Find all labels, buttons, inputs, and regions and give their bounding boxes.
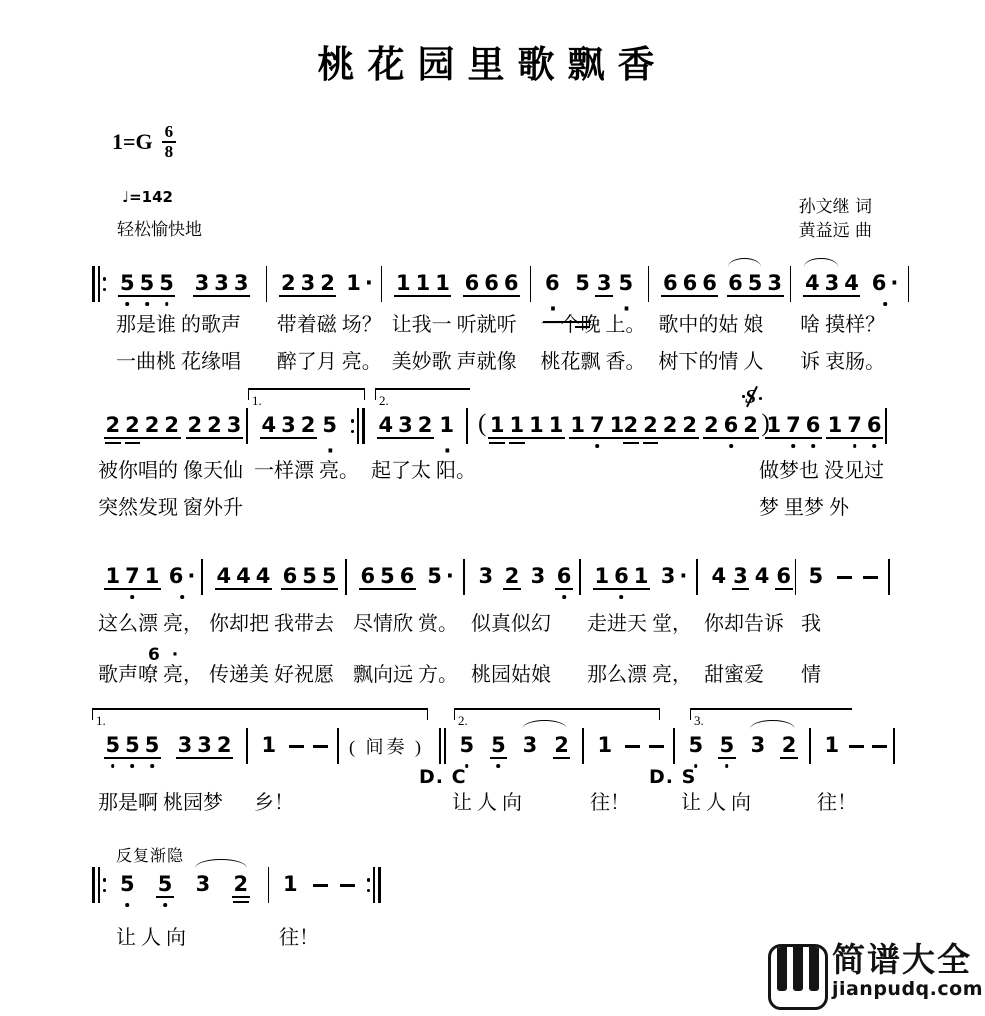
note-6: 6 <box>280 563 300 589</box>
alternate-note: 6 · <box>148 645 181 665</box>
note-group: 5· <box>424 563 458 589</box>
note-6: 6· <box>869 270 901 296</box>
lyric: 让 人 向 <box>446 790 584 817</box>
lyric: 歌中的姑 娘 <box>652 312 794 339</box>
note-6: 6 <box>501 270 521 296</box>
note-1: 1 <box>822 732 842 758</box>
note-5: 5 <box>123 732 143 758</box>
note-6: 6 <box>660 270 680 296</box>
volta-bracket: 1. <box>92 708 428 720</box>
slur-arc <box>195 859 246 868</box>
repeat-start-barline <box>92 266 106 302</box>
dot-after: · <box>549 296 557 322</box>
notes-row: 22222234325·4321·(11111712222262)176176 <box>92 412 912 442</box>
beamed-note-group: 444 <box>213 563 274 589</box>
note-2: 2 <box>621 412 641 438</box>
beamed-note-group: 655 <box>279 563 340 589</box>
low-octave-dot <box>165 302 169 306</box>
note-2: 2 <box>103 412 123 438</box>
note-1: 1 <box>764 412 784 438</box>
note-group <box>848 732 865 748</box>
note-group <box>862 563 879 579</box>
lyric: 诉 衷肠。 <box>794 349 912 376</box>
slur-arc <box>750 720 795 729</box>
note-group: 6· <box>165 563 199 589</box>
note-2: 2 <box>123 412 143 438</box>
measure: 444655 <box>203 563 347 593</box>
repeat-end-barline <box>367 867 381 903</box>
lyric-row-verse-2: 一曲桃 花缘唱醉了月 亮。美妙歌 声就像桃花飘 香。树下的情 人诉 衷肠。 <box>92 349 912 376</box>
volta-number: 3. <box>694 714 704 727</box>
thick-bar <box>92 867 95 903</box>
note-1: 1 <box>487 412 507 438</box>
note-6: 6 <box>726 270 746 296</box>
thin-bar <box>357 408 359 444</box>
lyric: 那么漂 亮， <box>581 662 698 689</box>
repeat-dots <box>351 419 354 433</box>
note-6: 6 <box>864 412 884 438</box>
note-3: 3 <box>195 732 215 758</box>
measure: 666653 <box>649 270 791 300</box>
lyric: 歌声嘹 亮， <box>92 662 203 689</box>
note-6: 6 <box>803 412 823 438</box>
note-2: 2 <box>318 270 338 296</box>
beamed-note-group: 3 <box>593 270 615 296</box>
lyric <box>610 458 753 485</box>
barline <box>908 266 910 302</box>
time-signature-numerator: 6 <box>162 124 177 143</box>
note-5: 5 <box>103 732 123 758</box>
dot-after: · <box>187 563 195 589</box>
notes-row: 55321 <box>92 871 912 903</box>
note-6: 6 <box>612 563 632 589</box>
low-octave-dot <box>620 595 624 599</box>
lyric: 突然发现 窗外升 <box>92 495 248 522</box>
volta-bracket: 2. <box>454 708 660 720</box>
note-1: 1 <box>631 563 651 589</box>
note-3: 3 <box>594 270 614 296</box>
note-group: 5· <box>319 412 351 464</box>
lyric-row-verse-1: 那是啊 桃园梦乡！让 人 向往！让 人 向往！ <box>92 790 912 817</box>
note-1: 1 <box>393 270 413 296</box>
note-3: 3 <box>748 732 768 758</box>
note-2: 2 <box>214 732 234 758</box>
note-5: 5· <box>320 412 350 464</box>
note-2: 2 <box>298 412 318 438</box>
volta-number: 2. <box>379 394 389 407</box>
note-3: 3 <box>224 412 244 438</box>
bar <box>439 728 441 764</box>
note-1: 1· <box>437 412 466 464</box>
note-group <box>288 732 305 748</box>
logo-text: 简谱大全 jianpudq.com <box>832 941 983 1000</box>
beamed-note-group: 2222 <box>102 412 183 438</box>
duration-dash <box>837 576 852 579</box>
note-3: 3 <box>279 412 299 438</box>
low-octave-dot <box>150 764 154 768</box>
lyric-row-verse-2: 歌声嘹 亮，传递美 好祝愿飘向远 方。桃园姑娘那么漂 亮，甜蜜爱情 <box>92 662 912 689</box>
volta-number: 1. <box>252 394 262 407</box>
slur-arc <box>728 258 761 267</box>
lyric: 传递美 好祝愿 <box>203 662 347 689</box>
note-group <box>648 732 665 748</box>
lyric: 似真似幻 <box>465 611 581 638</box>
thick-bar <box>378 867 381 903</box>
beamed-note-group: 161 <box>591 563 652 589</box>
beamed-note-group: 176 <box>763 412 824 438</box>
piano-keys-icon <box>768 944 828 1010</box>
segno-mark: S <box>742 386 762 410</box>
lyric <box>365 495 468 522</box>
note-5: 5 <box>300 563 320 589</box>
note-group <box>339 871 356 887</box>
low-octave-dot <box>883 302 887 306</box>
beamed-note-group: 434 <box>801 270 862 296</box>
note-4: 4 <box>709 563 729 589</box>
measure: 1 <box>584 732 675 762</box>
note-group: 5 <box>685 732 707 758</box>
note-group <box>836 563 853 579</box>
low-octave-dot <box>163 903 167 907</box>
low-octave-dot <box>595 444 599 448</box>
note-5: 5 <box>573 270 593 322</box>
note-group: 3 <box>747 732 769 758</box>
note-2: 2 <box>162 412 182 438</box>
note-group: 1 <box>279 871 301 897</box>
volta-bracket: 1. <box>248 388 365 400</box>
lyric-row-verse-1: 那是谁 的歌声带着磁 场？让我一 听就听一个晚 上。歌中的姑 娘啥 摸样？ <box>92 312 912 339</box>
beamed-note-group: 2 <box>501 563 523 589</box>
navigation-marking: D. C <box>419 766 467 788</box>
low-octave-dot <box>180 595 184 599</box>
note-6: 6 <box>680 270 700 296</box>
slur-arc <box>522 720 567 729</box>
slur-arc <box>804 258 837 267</box>
beamed-note-group: 3 <box>730 563 752 589</box>
lyric: 被你唱的 像天仙 <box>92 458 248 485</box>
note-group: 3 <box>192 871 214 897</box>
beamed-note-group: 223 <box>184 412 245 438</box>
note-5: 5 <box>457 732 477 758</box>
note-group: 5 <box>456 732 478 758</box>
beamed-note-group: 232 <box>277 270 338 296</box>
beamed-note-group: 555 <box>116 270 177 296</box>
low-octave-dot <box>562 595 566 599</box>
measure: 5532 <box>675 732 811 762</box>
note-7: 7 <box>587 412 607 438</box>
note-6: 6 <box>358 563 378 589</box>
beamed-note-group: 2 <box>778 732 800 758</box>
lyric: 你却告诉 <box>698 611 795 638</box>
measure: 2222223 <box>92 412 248 442</box>
beamed-note-group: 111 <box>392 270 453 296</box>
lyric: 那是啊 桃园梦 <box>92 790 248 817</box>
thin-bar <box>98 867 100 903</box>
note-group: 3 <box>527 563 549 589</box>
interlude-text: ( 间奏 ) <box>349 734 424 760</box>
low-octave-dot <box>131 764 135 768</box>
music-system-2: 1.2.S22222234325·4321·(11111712222262)17… <box>92 386 912 522</box>
beamed-note-group: 6 <box>773 563 795 589</box>
note-3: 3 <box>476 563 496 589</box>
lyric: 你却把 我带去 <box>203 611 347 638</box>
lyric: 往！ <box>584 790 675 817</box>
measure: 6565· <box>347 563 465 593</box>
measure: 3236 <box>465 563 581 593</box>
spacer <box>92 312 110 339</box>
notes-row: 1716·4446556565·32361613·43465 <box>92 563 912 593</box>
note-1: 1 <box>595 732 615 758</box>
music-system-3: 1716·4446556565·32361613·43465这么漂 亮，你却把 … <box>92 563 912 689</box>
note-7: 7 <box>784 412 804 438</box>
note-3: 3 <box>520 732 540 758</box>
barline <box>888 559 890 595</box>
lyric: 树下的情 人 <box>652 349 794 376</box>
thin-bar <box>373 867 375 903</box>
beamed-note-group: 2 <box>551 732 573 758</box>
beamed-note-group: 555 <box>102 732 163 758</box>
repeat-end-barline <box>351 408 365 444</box>
beamed-note-group: 5 <box>154 871 176 897</box>
note-group: 5 <box>116 871 138 897</box>
note-3: 3 <box>212 270 232 296</box>
note-group <box>312 871 329 887</box>
note-6: 6 <box>462 270 482 296</box>
lyric: 往！ <box>273 925 385 952</box>
lyric: 让我一 听就听 <box>386 312 535 339</box>
low-octave-dot <box>872 444 876 448</box>
repeat-dot <box>351 419 354 422</box>
beamed-note-group: 2222 <box>620 412 701 438</box>
lyric: 我 <box>795 611 890 638</box>
lyric-row-verse-2: 突然发现 窗外升梦 里梦 外 <box>92 495 912 522</box>
duration-dash <box>625 745 640 748</box>
measure: 5532 <box>446 732 584 762</box>
spacer <box>92 349 110 376</box>
measure: 2222262) <box>610 412 753 442</box>
segno-glyph: S <box>742 386 756 408</box>
measure: 1 <box>269 871 381 901</box>
navigation-marking: D. S <box>649 766 696 788</box>
lyric <box>339 790 446 817</box>
lyric: 桃花飘 香。 <box>534 349 652 376</box>
note-3: 3 <box>765 270 785 296</box>
note-group: 1 <box>594 732 616 758</box>
dot-after: · <box>890 270 898 296</box>
note-group <box>624 732 641 748</box>
beamed-note-group: 666 <box>659 270 720 296</box>
note-5: 5 <box>157 270 177 296</box>
note-6: 6 <box>774 563 794 589</box>
note-3: 3 <box>528 563 548 589</box>
duration-dash <box>289 745 304 748</box>
low-octave-dot <box>125 302 129 306</box>
beamed-note-group: 666 <box>461 270 522 296</box>
lyric: 这么漂 亮， <box>92 611 203 638</box>
dot-after: · <box>326 438 334 464</box>
notes-row: 5553332321·1116666·535·6666534346· <box>92 270 912 302</box>
note-1: 1 <box>413 270 433 296</box>
note-5: 5 <box>117 270 137 296</box>
note-5: 5 <box>142 732 162 758</box>
lyric: 那是谁 的歌声 <box>110 312 271 339</box>
note-1: 1 <box>825 412 845 438</box>
note-2: 2 <box>779 732 799 758</box>
note-6: 6 <box>554 563 574 589</box>
duration-dash <box>649 745 664 748</box>
note-1: 1 <box>142 563 162 589</box>
note-group: 5· <box>615 270 648 322</box>
note-5: 5 <box>686 732 706 758</box>
note-7: 7 <box>123 563 143 589</box>
song-title: 桃花园里歌飘香 <box>0 34 985 88</box>
lyric: 醉了月 亮。 <box>271 349 386 376</box>
note-2: 2 <box>231 871 251 897</box>
duration-dash <box>872 745 887 748</box>
note-1: 1 <box>103 563 123 589</box>
low-octave-dot <box>497 764 501 768</box>
note-3: 3 <box>192 270 212 296</box>
lyric: 尽情欣 赏。 <box>347 611 465 638</box>
lyric-row-verse-1: 这么漂 亮，你却把 我带去尽情欣 赏。似真似幻走进天 堂，你却告诉我 <box>92 611 912 638</box>
sheet-music-page: 桃花园里歌飘香 1=G 6 8 ♩=142 轻松愉快地 孙文继 词 黄益远 曲 … <box>0 0 985 1016</box>
measure: 5 <box>795 563 890 593</box>
thin-bar <box>98 266 100 302</box>
beamed-note-group: 5 <box>716 732 738 758</box>
lyric: 啥 摸样？ <box>794 312 912 339</box>
lyric: 美妙歌 声就像 <box>386 349 535 376</box>
note-2: 2 <box>660 412 680 438</box>
note-1: 1 <box>507 412 527 438</box>
measure: 176176 <box>753 412 887 442</box>
tempo-marking: ♩=142 <box>122 188 173 206</box>
measure: (1111171 <box>468 412 610 442</box>
note-1: 1 <box>592 563 612 589</box>
note-1: 1 <box>280 871 300 897</box>
note-group: 1· <box>436 412 467 464</box>
measure: 4321· <box>365 412 468 442</box>
low-octave-dot <box>853 444 857 448</box>
note-5: 5 <box>319 563 339 589</box>
beamed-note-group: 332 <box>174 732 235 758</box>
music-system-1: 5553332321·1116666·535·6666534346·那是谁 的歌… <box>92 270 912 376</box>
volta-number: 1. <box>96 714 106 727</box>
note-1: 1 <box>568 412 588 438</box>
beamed-note-group: 432 <box>375 412 436 438</box>
note-1: 1· <box>344 270 376 296</box>
beamed-note-group: 432 <box>258 412 319 438</box>
low-octave-dot <box>145 302 149 306</box>
measure: 1716· <box>92 563 203 593</box>
repeat-fade-label: 反复渐隐 <box>116 843 184 866</box>
note-2: 2 <box>502 563 522 589</box>
note-3: 3 <box>822 270 842 296</box>
measure: ( 间奏 ) <box>339 732 446 762</box>
lyric: 做梦也 没见过 <box>753 458 887 485</box>
note-4: 4 <box>214 563 234 589</box>
low-octave-dot <box>125 903 129 907</box>
barline <box>893 728 895 764</box>
lyric <box>468 495 610 522</box>
lyric <box>248 495 365 522</box>
beamed-note-group: 176 <box>824 412 885 438</box>
lyric <box>468 458 610 485</box>
notes-row: 5553321( 间奏 )5532155321 <box>92 732 912 762</box>
note-3: 3· <box>658 563 690 589</box>
note-2: 2 <box>185 412 205 438</box>
beamed-note-group: 333 <box>191 270 252 296</box>
low-octave-dot <box>725 764 729 768</box>
music-system-5: 反复渐隐55321让 人 向往！ <box>92 843 912 952</box>
note-4: 4 <box>752 563 772 589</box>
measure: 6·535· <box>531 270 649 300</box>
lyricist-credit: 孙文继 词 <box>799 195 872 219</box>
lyric <box>610 495 753 522</box>
low-octave-dot <box>111 764 115 768</box>
measure: 4346 <box>698 563 795 593</box>
note-group: 5 <box>805 563 827 589</box>
dot-after: · <box>443 438 451 464</box>
beamed-note-group: 6 <box>553 563 575 589</box>
note-group: 1 <box>258 732 280 758</box>
note-5: 5· <box>616 270 647 322</box>
note-4: 4 <box>802 270 822 296</box>
time-signature: 6 8 <box>162 124 177 160</box>
low-octave-dot <box>792 444 796 448</box>
double-barline <box>439 728 446 764</box>
credits: 孙文继 词 黄益远 曲 <box>799 195 872 243</box>
key-signature: 1=G 6 8 <box>112 124 176 160</box>
lyric: 让 人 向 <box>110 925 273 952</box>
repeat-start-barline <box>92 867 106 903</box>
beamed-note-group: 6·5 <box>541 270 593 322</box>
duration-dash <box>849 745 864 748</box>
note-6: 6 <box>721 412 741 438</box>
measure: 1613· <box>581 563 698 593</box>
note-6: 6 <box>397 563 417 589</box>
note-2: 2 <box>680 412 700 438</box>
note-group: 4 <box>751 563 773 589</box>
low-octave-dot <box>811 444 815 448</box>
note-3: 3 <box>396 412 416 438</box>
lyric: 甜蜜爱 <box>698 662 795 689</box>
note-1: 1 <box>546 412 566 438</box>
note-4: 4 <box>253 563 273 589</box>
lyric-row-verse-1: 被你唱的 像天仙一样漂 亮。起了太 阳。做梦也 没见过 <box>92 458 912 485</box>
note-5: 5 <box>155 871 175 897</box>
beamed-note-group: 1111 <box>486 412 567 438</box>
dot-after: · <box>679 563 687 589</box>
note-2: 2 <box>142 412 162 438</box>
note-4: 4 <box>259 412 279 438</box>
low-octave-dot <box>131 595 135 599</box>
lyric: 带着磁 场？ <box>271 312 386 339</box>
note-group <box>312 732 329 748</box>
note-4: 4 <box>842 270 862 296</box>
note-5: 5 <box>137 270 157 296</box>
volta-bracket: 3. <box>690 708 852 720</box>
beamed-note-group: 171 <box>102 563 163 589</box>
key-label: 1=G <box>112 129 153 155</box>
time-signature-denominator: 8 <box>165 143 174 160</box>
note-6: 6· <box>166 563 198 589</box>
note-5: 5 <box>717 732 737 758</box>
note-3: 3 <box>731 563 751 589</box>
measure: 5532 <box>106 871 269 901</box>
measure: 4346· <box>791 270 909 300</box>
note-6: 6 <box>700 270 720 296</box>
duration-dash <box>313 745 328 748</box>
